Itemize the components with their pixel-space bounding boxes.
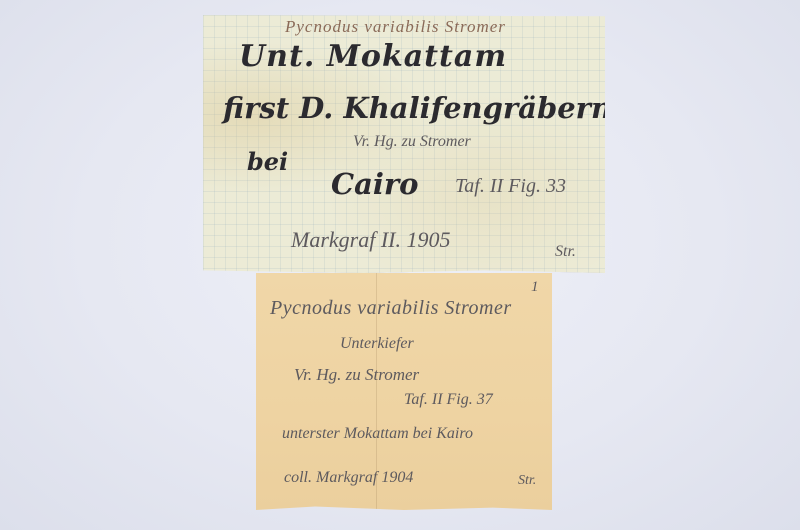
locality-line-1: Unt. Mokattam (239, 39, 507, 74)
locality-line-4: Cairo (331, 167, 419, 201)
collector-bottom: coll. Markgraf 1904 (284, 469, 413, 487)
species-name-top: Pycnodus variabilis Stromer (285, 17, 506, 37)
specimen-label-bottom: 1 Pycnodus variabilis Stromer Unterkiefe… (256, 273, 552, 510)
reference-note-bottom: Vr. Hg. zu Stromer (294, 365, 419, 385)
specimen-label-top: Pycnodus variabilis Stromer Unt. Mokatta… (203, 15, 605, 273)
initials-top: Str. (555, 243, 576, 261)
label-number: 1 (531, 279, 539, 296)
locality-bottom: unterster Mokattam bei Kairo (282, 425, 473, 443)
species-name-bottom: Pycnodus variabilis Stromer (270, 297, 512, 320)
collector-top: Markgraf II. 1905 (291, 227, 450, 253)
locality-line-3: bei (247, 147, 288, 176)
locality-line-2: first D. Khalifengräbern (223, 91, 612, 125)
initials-bottom: Str. (518, 473, 536, 489)
plate-reference-top: Taf. II Fig. 33 (455, 175, 566, 198)
reference-note-top: Vr. Hg. zu Stromer (353, 133, 471, 151)
plate-reference-bottom: Taf. II Fig. 37 (404, 391, 493, 409)
element-name: Unterkiefer (340, 335, 414, 353)
